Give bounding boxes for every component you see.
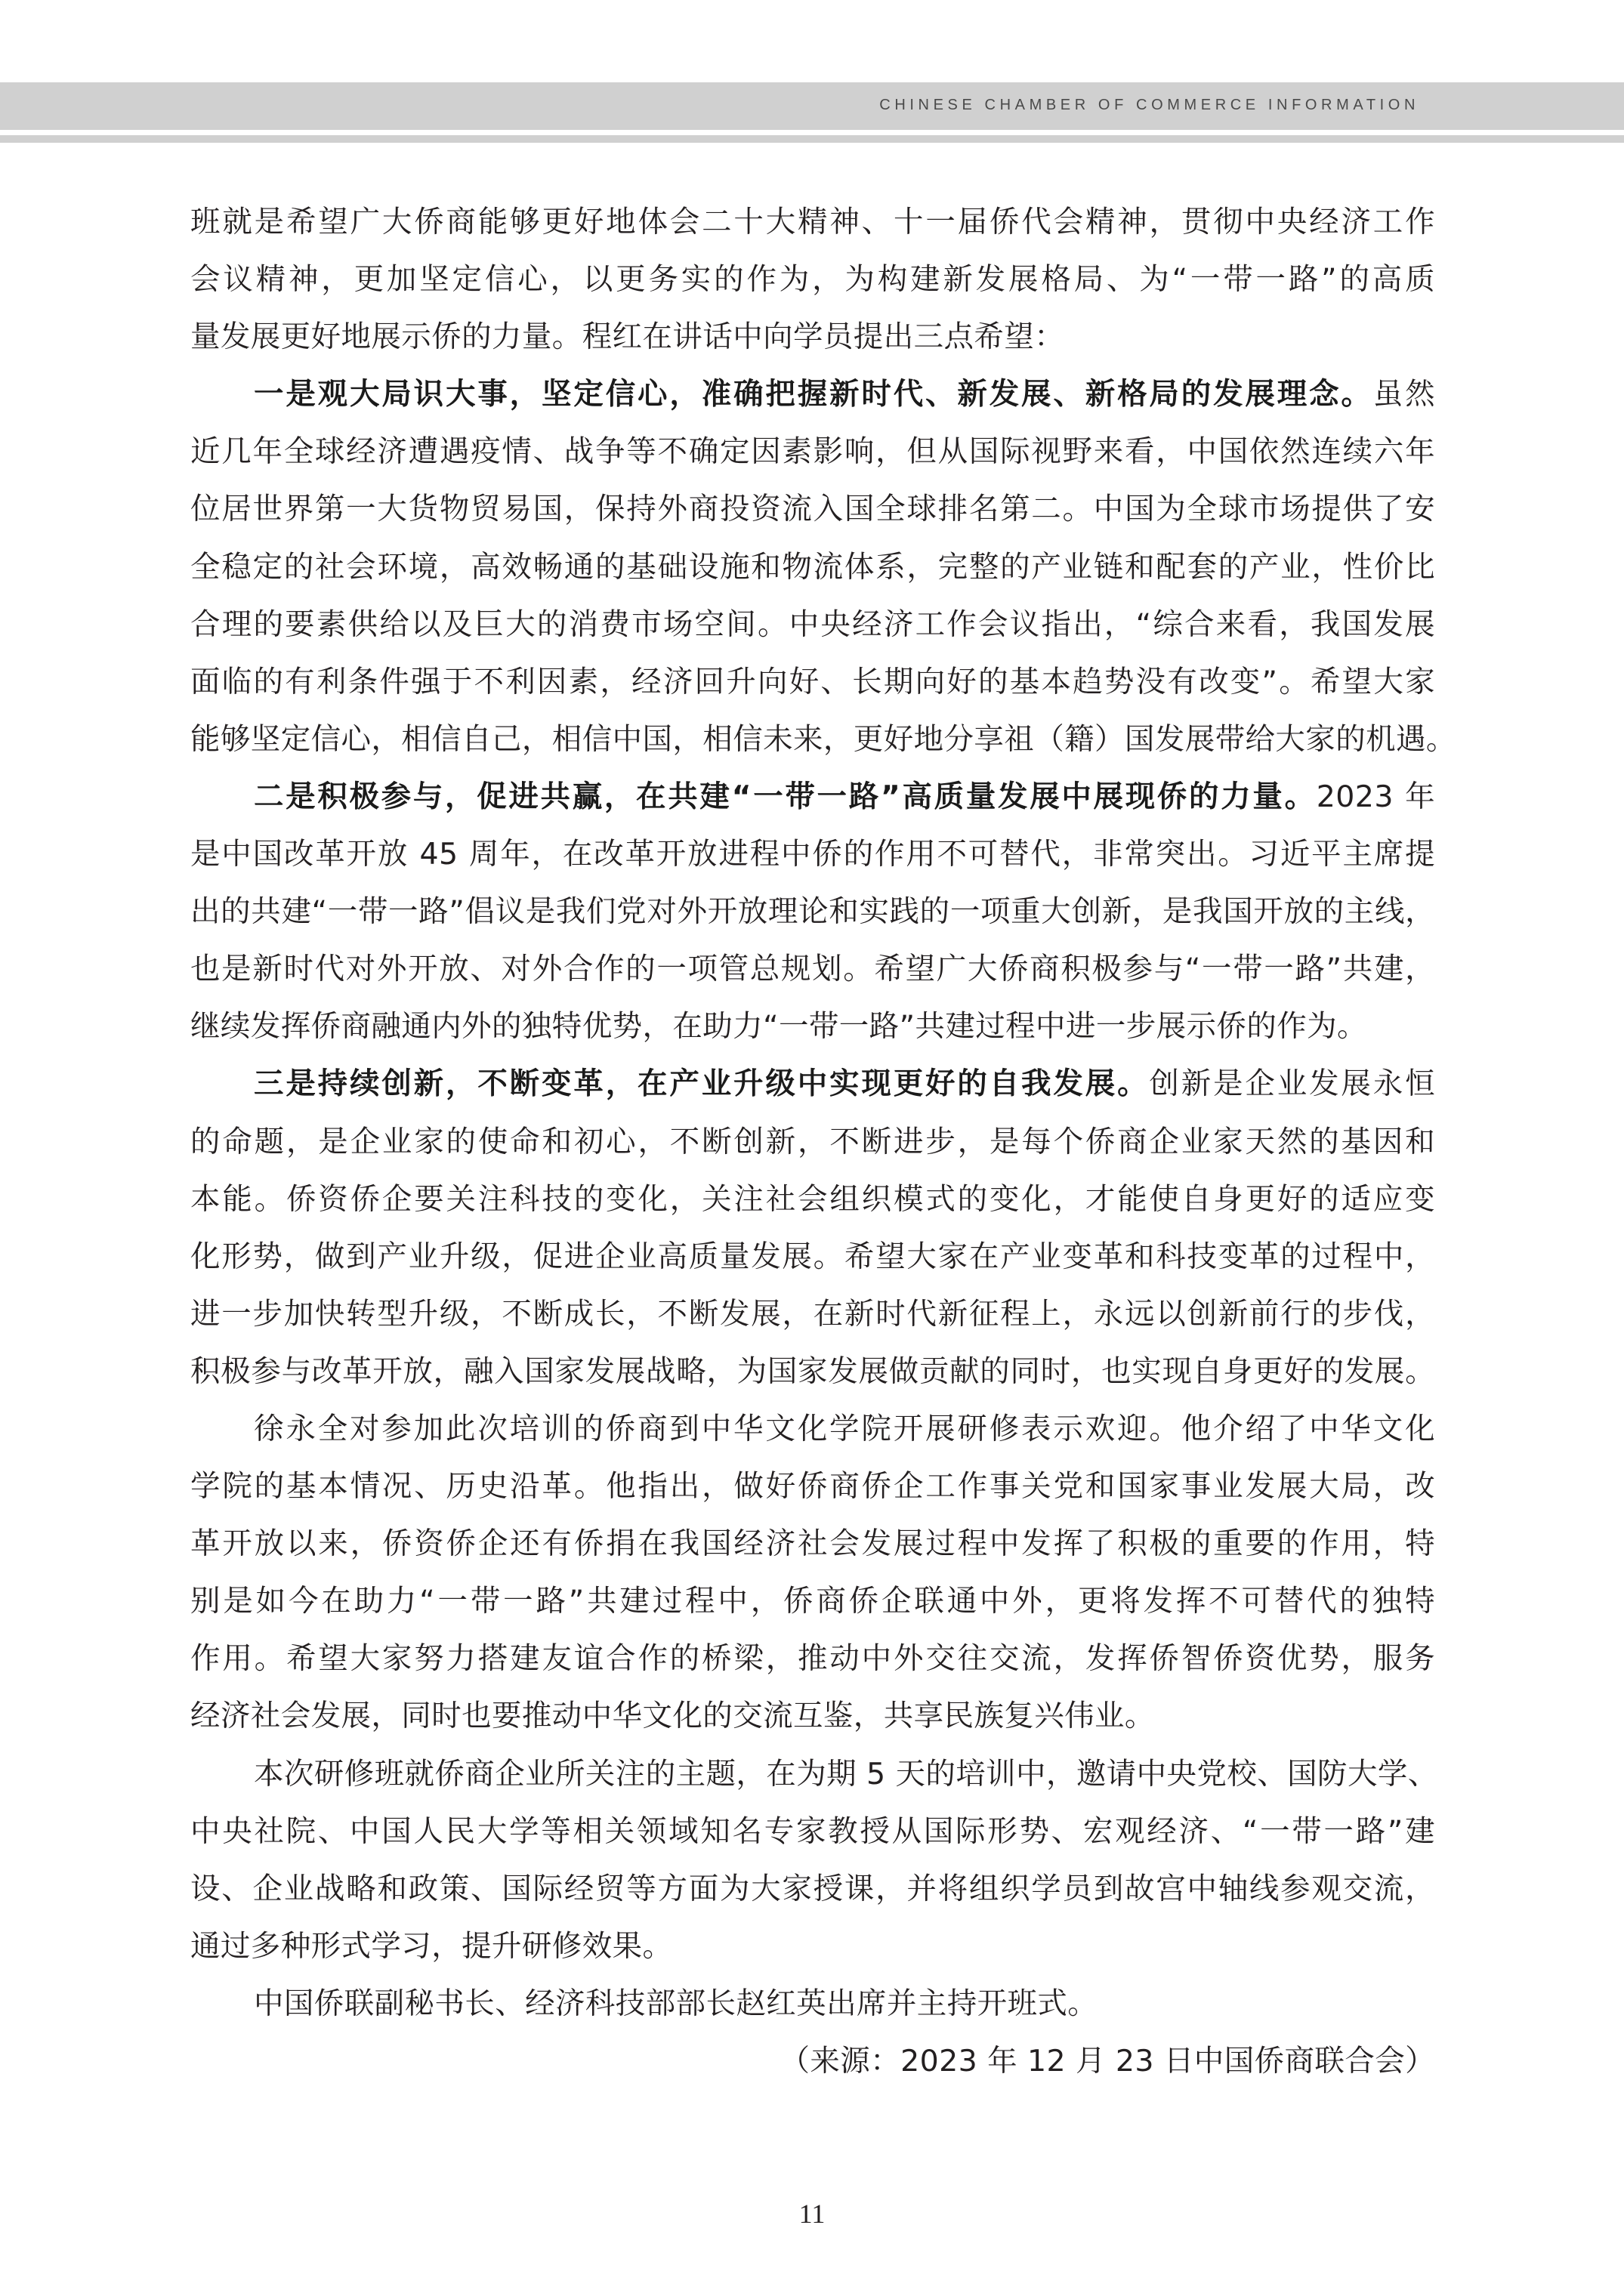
paragraph: 班就是希望广大侨商能够更好地体会二十大精神、十一届侨代会精神，贯彻中央经济工作 … [190,198,1435,370]
text-line: 合理的要素供给以及巨大的消费市场空间。中央经济工作会议指出，“综合来看，我国发展 [190,600,1435,658]
text-line: 出的共建“一带一路”倡议是我们党对外开放理论和实践的一项重大创新，是我国开放的主… [190,887,1435,945]
paragraph-xu-yongquan: 徐永全对参加此次培训的侨商到中华文化学院开展研修表示欢迎。他介绍了中华文化 学院… [190,1405,1435,1750]
page-number: 11 [0,2198,1624,2230]
text-line: 化形势，做到产业升级，促进企业高质量发展。希望大家在产业变革和科技变革的过程中， [190,1233,1435,1290]
text-line: 量发展更好地展示侨的力量。程红在讲话中向学员提出三点希望： [190,313,1435,370]
text-line: 积极参与改革开放，融入国家发展战略，为国家发展做贡献的同时，也实现自身更好的发展… [190,1347,1435,1405]
text-run: 创新是企业发展永恒 [1149,1066,1435,1101]
source-attribution: （来源：2023 年 12 月 23 日中国侨商联合会） [190,2037,1435,2094]
text-line: 会议精神，更加坚定信心，以更务实的作为，为构建新发展格局、为“一带一路”的高质 [190,255,1435,313]
text-line: 面临的有利条件强于不利因素，经济回升向好、长期向好的基本趋势没有改变”。希望大家 [190,658,1435,715]
text-line: 也是新时代对外开放、对外合作的一项管总规划。希望广大侨商积极参与“一带一路”共建… [190,945,1435,1002]
paragraph-point-one: 一是观大局识大事，坚定信心，准确把握新时代、新发展、新格局的发展理念。虽然 近几… [190,370,1435,773]
text-line: 设、企业战略和政策、国际经贸等方面为大家授课，并将组织学员到故宫中轴线参观交流， [190,1865,1435,1922]
publication-title: CHINESE CHAMBER OF COMMERCE INFORMATION [879,97,1419,114]
text-line: 本次研修班就侨商企业所关注的主题，在为期 5 天的培训中，邀请中央党校、国防大学… [190,1750,1435,1807]
text-line: 经济社会发展，同时也要推动中华文化的交流互鉴，共享民族复兴伟业。 [190,1692,1435,1749]
text-line: 中国侨联副秘书长、经济科技部部长赵红英出席并主持开班式。 [190,1980,1435,2037]
text-line: 二是积极参与，促进共赢，在共建“一带一路”高质量发展中展现侨的力量。2023 年 [190,773,1435,830]
paragraph-course-overview: 本次研修班就侨商企业所关注的主题，在为期 5 天的培训中，邀请中央党校、国防大学… [190,1750,1435,1980]
text-line: 别是如今在助力“一带一路”共建过程中，侨商侨企联通中外，更将发挥不可替代的独特 [190,1577,1435,1634]
text-line: 作用。希望大家努力搭建友谊合作的桥梁，推动中外交往交流，发挥侨智侨资优势，服务 [190,1634,1435,1692]
bold-lead-in: 二是积极参与，促进共赢，在共建“一带一路”高质量发展中展现侨的力量。 [254,779,1317,814]
paragraph-host: 中国侨联副秘书长、经济科技部部长赵红英出席并主持开班式。 [190,1980,1435,2037]
text-line: 继续发挥侨商融通内外的独特优势，在助力“一带一路”共建过程中进一步展示侨的作为。 [190,1002,1435,1060]
text-line: 的命题，是企业家的使命和初心，不断创新，不断进步，是每个侨商企业家天然的基因和 [190,1118,1435,1175]
text-line: 革开放以来，侨资侨企还有侨捐在我国经济社会发展过程中发挥了积极的重要的作用，特 [190,1520,1435,1577]
text-line: 是中国改革开放 45 周年，在改革开放进程中侨的作用不可替代，非常突出。习近平主… [190,830,1435,887]
text-line: 通过多种形式学习，提升研修效果。 [190,1922,1435,1980]
paragraph-point-two: 二是积极参与，促进共赢，在共建“一带一路”高质量发展中展现侨的力量。2023 年… [190,773,1435,1060]
header-divider-stripe [0,135,1624,143]
text-line: 能够坚定信心，相信自己，相信中国，相信未来，更好地分享祖（籍）国发展带给大家的机… [190,715,1435,773]
article-body: 班就是希望广大侨商能够更好地体会二十大精神、十一届侨代会精神，贯彻中央经济工作 … [190,198,1435,2094]
text-line: 三是持续创新，不断变革，在产业升级中实现更好的自我发展。创新是企业发展永恒 [190,1060,1435,1117]
paragraph-point-three: 三是持续创新，不断变革，在产业升级中实现更好的自我发展。创新是企业发展永恒 的命… [190,1060,1435,1405]
text-run: 虽然 [1373,377,1435,412]
bold-lead-in: 三是持续创新，不断变革，在产业升级中实现更好的自我发展。 [254,1066,1149,1101]
bold-lead-in: 一是观大局识大事，坚定信心，准确把握新时代、新发展、新格局的发展理念。 [254,377,1373,412]
text-run: 2023 年 [1317,779,1435,814]
text-line: 班就是希望广大侨商能够更好地体会二十大精神、十一届侨代会精神，贯彻中央经济工作 [190,198,1435,255]
text-line: 中央社院、中国人民大学等相关领域知名专家教授从国际形势、宏观经济、“一带一路”建 [190,1807,1435,1865]
text-line: 学院的基本情况、历史沿革。他指出，做好侨商侨企工作事关党和国家事业发展大局，改 [190,1462,1435,1520]
text-line: 进一步加快转型升级，不断成长，不断发展，在新时代新征程上，永远以创新前行的步伐， [190,1290,1435,1347]
text-line: 一是观大局识大事，坚定信心，准确把握新时代、新发展、新格局的发展理念。虽然 [190,370,1435,427]
text-line: 徐永全对参加此次培训的侨商到中华文化学院开展研修表示欢迎。他介绍了中华文化 [190,1405,1435,1462]
text-line: 近几年全球经济遭遇疫情、战争等不确定因素影响，但从国际视野来看，中国依然连续六年 [190,427,1435,485]
text-line: 本能。侨资侨企要关注科技的变化，关注社会组织模式的变化，才能使自身更好的适应变 [190,1175,1435,1233]
text-line: 全稳定的社会环境，高效畅通的基础设施和物流体系，完整的产业链和配套的产业，性价比 [190,543,1435,600]
text-line: 位居世界第一大货物贸易国，保持外商投资流入国全球排名第二。中国为全球市场提供了安 [190,485,1435,542]
